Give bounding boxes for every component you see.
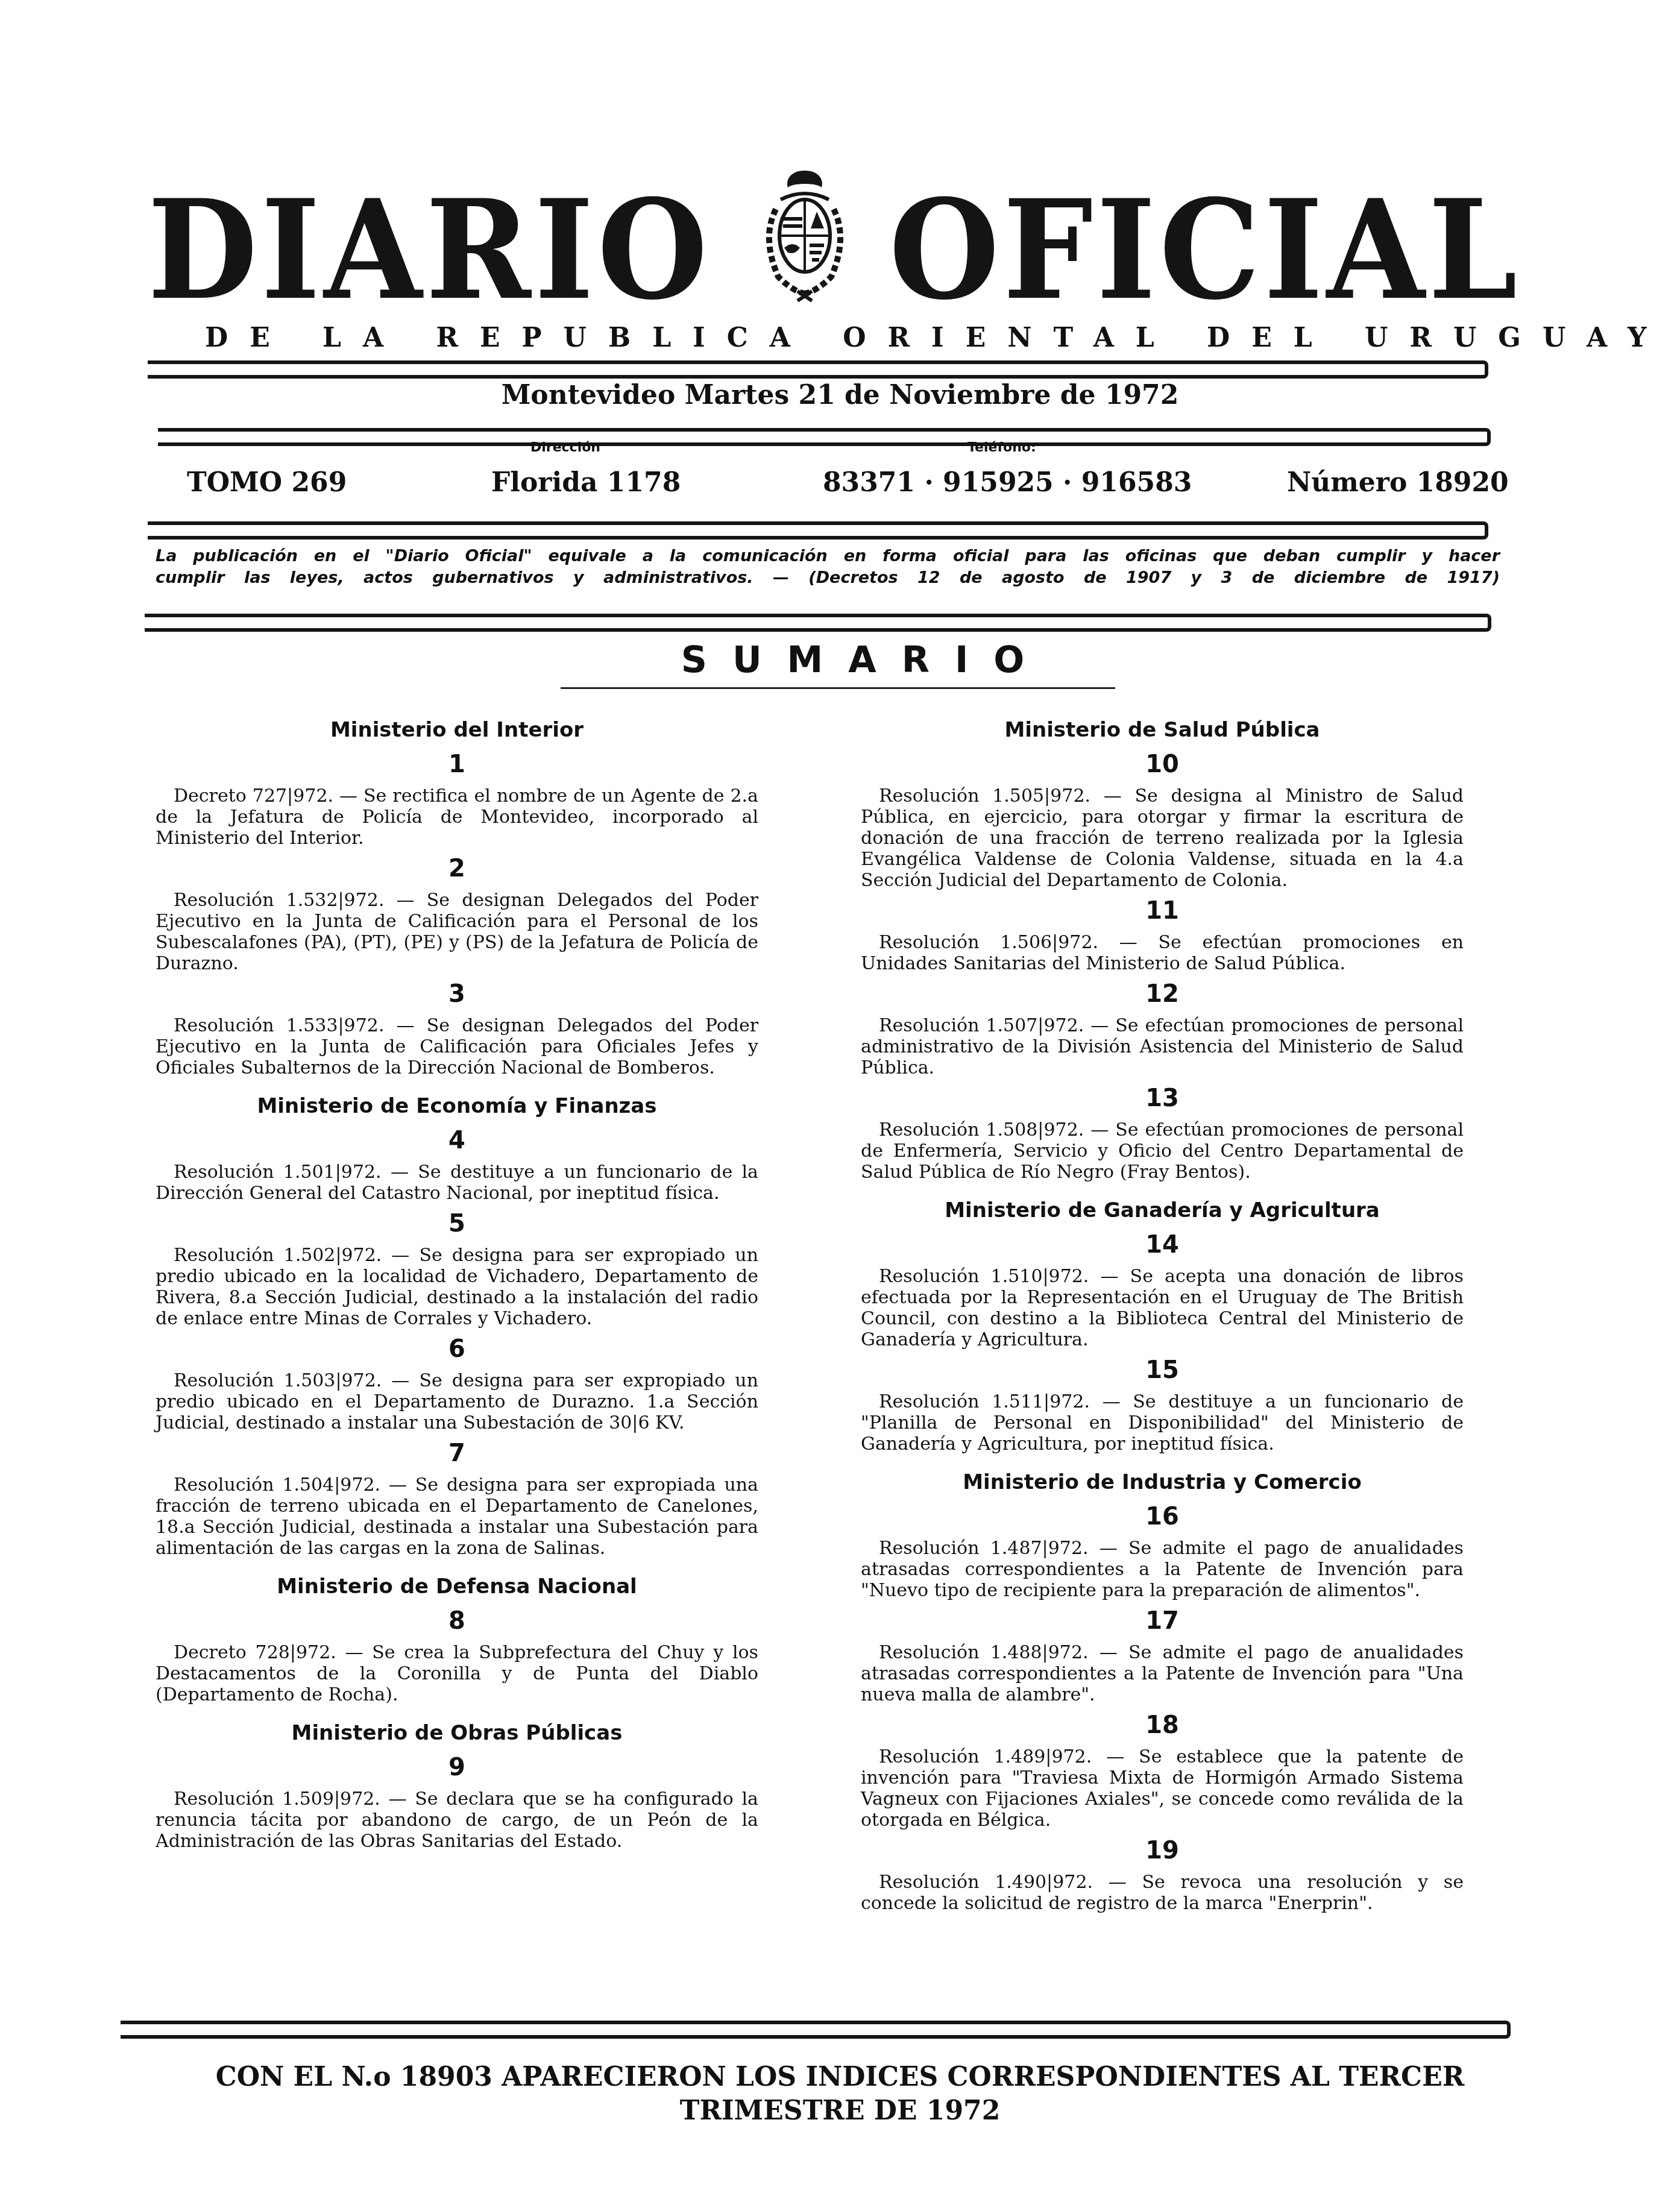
item-summary: Resolución 1.490|972. — Se revoca una re… [861, 1872, 1464, 1914]
item-number: 2 [156, 855, 758, 883]
info-divider [148, 521, 1488, 540]
item-summary: Resolución 1.508|972. — Se efectúan prom… [861, 1119, 1464, 1183]
item-number: 19 [861, 1837, 1464, 1864]
item-summary: Decreto 727|972. — Se rectifica el nombr… [156, 785, 758, 849]
item-summary: Resolución 1.488|972. — Se admite el pag… [861, 1642, 1464, 1705]
ministry-heading: Ministerio de Economía y Finanzas [156, 1094, 758, 1118]
dateline: Montevideo Martes 21 de Noviembre de 197… [0, 380, 1680, 411]
item-number: 11 [861, 897, 1464, 925]
footer-notice-line-1: CON EL N.o 18903 APARECIERON LOS INDICES… [0, 2060, 1680, 2094]
item-summary: Resolución 1.505|972. — Se designa al Mi… [861, 785, 1464, 891]
item-number: 16 [861, 1503, 1464, 1531]
address-label: Dirección [530, 440, 600, 455]
item-summary: Resolución 1.533|972. — Se designan Dele… [156, 1015, 758, 1078]
item-number: 7 [156, 1439, 758, 1467]
legal-notice: La publicación en el "Diario Oficial" eq… [156, 546, 1500, 589]
item-summary: Resolución 1.511|972. — Se destituye a u… [861, 1391, 1464, 1455]
footer-notice: CON EL N.o 18903 APARECIERON LOS INDICES… [0, 2060, 1680, 2128]
item-number: 1 [156, 750, 758, 778]
item-summary: Resolución 1.502|972. — Se designa para … [156, 1245, 758, 1329]
item-summary: Resolución 1.532|972. — Se designan Dele… [156, 890, 758, 974]
masthead-subtitle: DE LA REPUBLICA ORIENTAL DEL URUGUAY [205, 322, 1411, 353]
item-summary: Resolución 1.501|972. — Se destituye a u… [156, 1162, 758, 1204]
dateline-divider [158, 428, 1491, 446]
masthead: DIARIO OFICIAL [148, 181, 1486, 319]
item-summary: Resolución 1.504|972. — Se designa para … [156, 1474, 758, 1559]
legal-notice-line-1: La publicación en el "Diario Oficial" eq… [156, 546, 1500, 567]
header-divider [148, 360, 1488, 379]
volume-number: TOMO 269 [187, 467, 347, 498]
ministry-heading: Ministerio de Ganadería y Agricultura [861, 1198, 1464, 1222]
item-summary: Resolución 1.510|972. — Se acepta una do… [861, 1266, 1464, 1350]
item-number: 10 [861, 750, 1464, 778]
item-summary: Resolución 1.509|972. — Se declara que s… [156, 1789, 758, 1852]
sumario-right-column: Ministerio de Salud Pública10Resolución … [861, 702, 1464, 1919]
masthead-title-left: DIARIO [148, 175, 711, 325]
ministry-heading: Ministerio del Interior [156, 718, 758, 742]
notice-divider [145, 614, 1491, 632]
phone-numbers: 83371 · 915925 · 916583 [823, 467, 1192, 498]
item-number: 12 [861, 980, 1464, 1008]
item-summary: Resolución 1.503|972. — Se designa para … [156, 1370, 758, 1433]
sumario-left-column: Ministerio del Interior1Decreto 727|972.… [156, 702, 758, 1857]
item-number: 4 [156, 1127, 758, 1154]
address: Florida 1178 [491, 467, 681, 498]
item-summary: Resolución 1.506|972. — Se efectúan prom… [861, 932, 1464, 974]
phone-label: Teléfono: [967, 440, 1036, 455]
ministry-heading: Ministerio de Obras Públicas [156, 1721, 758, 1745]
item-summary: Resolución 1.489|972. — Se establece que… [861, 1746, 1464, 1831]
ministry-heading: Ministerio de Defensa Nacional [156, 1575, 758, 1599]
item-number: 3 [156, 980, 758, 1008]
sumario-underline [561, 687, 1115, 689]
footer-divider [121, 2021, 1511, 2039]
item-number: 13 [861, 1084, 1464, 1112]
legal-notice-line-2: cumplir las leyes, actos gubernativos y … [156, 567, 1500, 589]
ministry-heading: Ministerio de Salud Pública [861, 718, 1464, 742]
sumario-title: SUMARIO [0, 639, 1680, 681]
item-number: 17 [861, 1607, 1464, 1635]
item-summary: Decreto 728|972. — Se crea la Subprefect… [156, 1642, 758, 1705]
item-number: 9 [156, 1754, 758, 1781]
item-number: 6 [156, 1335, 758, 1363]
item-number: 14 [861, 1231, 1464, 1259]
item-summary: Resolución 1.507|972. — Se efectúan prom… [861, 1015, 1464, 1078]
footer-notice-line-2: TRIMESTRE DE 1972 [0, 2094, 1680, 2128]
coat-of-arms-icon [744, 166, 865, 304]
item-number: 8 [156, 1607, 758, 1635]
item-number: 15 [861, 1356, 1464, 1384]
issue-number: Número 18920 [1287, 467, 1509, 498]
item-number: 18 [861, 1711, 1464, 1739]
item-number: 5 [156, 1210, 758, 1238]
item-summary: Resolución 1.487|972. — Se admite el pag… [861, 1538, 1464, 1601]
masthead-title-right: OFICIAL [889, 175, 1521, 325]
ministry-heading: Ministerio de Industria y Comercio [861, 1470, 1464, 1494]
